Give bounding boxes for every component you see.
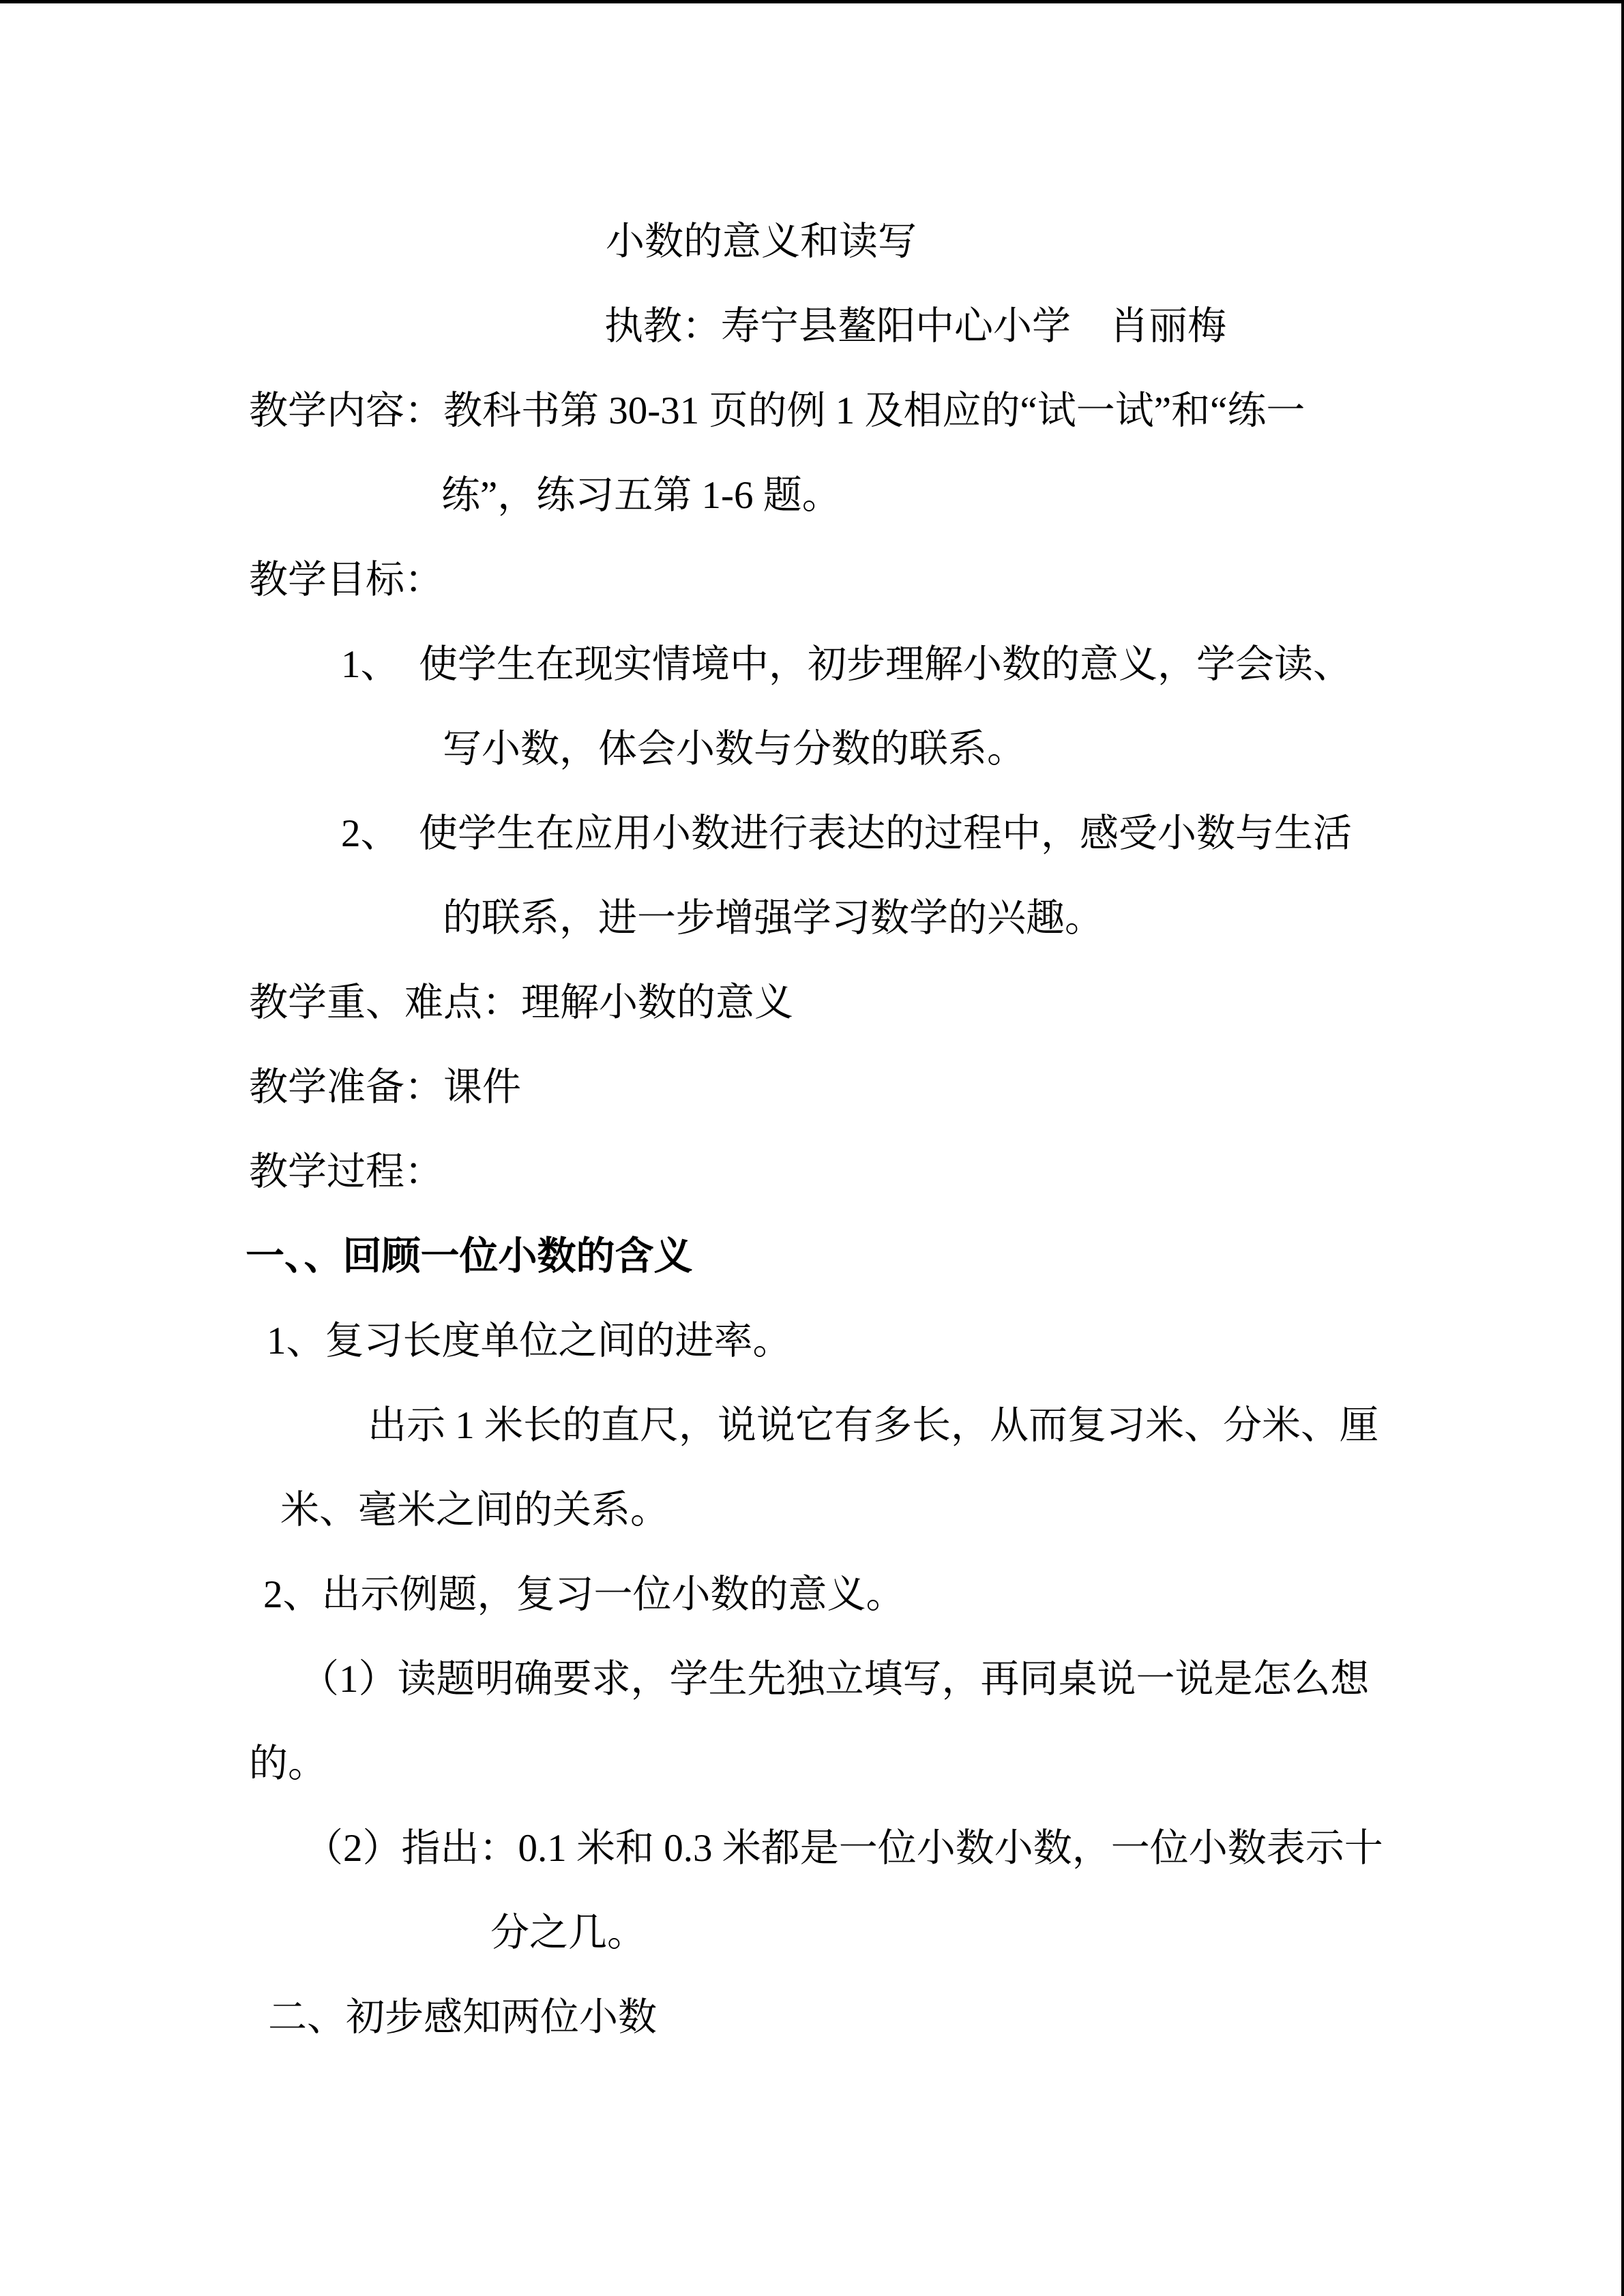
document-page: 小数的意义和读写 执教：寿宁县鳌阳中心小学 肖丽梅 教学内容：教科书第 30-3… <box>0 0 1624 2296</box>
preparation: 教学准备：课件 <box>249 1065 521 1110</box>
goal-2-line-2: 的联系，进一步增强学习数学的兴趣。 <box>443 896 1104 941</box>
section-1-heading: 一、、回顾一位小数的含义 <box>246 1234 693 1279</box>
key-difficult-points: 教学重、难点：理解小数的意义 <box>249 981 793 1026</box>
step-2-item-1-line-1: （1）读题明确要求，学生先独立填写，再同桌说一说是怎么想 <box>300 1657 1370 1702</box>
doc-byline: 执教：寿宁县鳌阳中心小学 肖丽梅 <box>604 304 1226 349</box>
teaching-content-line-1: 教学内容：教科书第 30-31 页的例 1 及相应的“试一试”和“练一 <box>249 389 1305 434</box>
step-1-detail-line-1: 出示 1 米长的直尺，说说它有多长，从而复习米、分米、厘 <box>368 1403 1378 1448</box>
goal-2-line-1: 2、 使学生在应用小数进行表达的过程中，感受小数与生活 <box>341 811 1352 856</box>
teaching-content-line-2: 练”，练习五第 1-6 题。 <box>441 473 841 518</box>
step-2-item-2-line-1: （2）指出：0.1 米和 0.3 米都是一位小数小数，一位小数表示十 <box>304 1826 1383 1871</box>
page-border-top <box>0 0 1624 3</box>
section-2-heading: 二、初步感知两位小数 <box>268 1995 657 2040</box>
step-2: 2、出示例题，复习一位小数的意义。 <box>263 1572 905 1617</box>
step-2-item-1-line-2: 的。 <box>249 1742 327 1787</box>
teaching-goals-label: 教学目标： <box>249 558 443 603</box>
page-border-right <box>1621 0 1624 2296</box>
doc-title: 小数的意义和读写 <box>606 220 917 265</box>
goal-1-line-2: 写小数，体会小数与分数的联系。 <box>443 727 1026 772</box>
step-1: 1、复习长度单位之间的进率。 <box>267 1319 792 1364</box>
process-label: 教学过程： <box>249 1150 443 1195</box>
goal-1-line-1: 1、 使学生在现实情境中，初步理解小数的意义，学会读、 <box>341 642 1352 687</box>
step-2-item-2-line-2: 分之几。 <box>490 1911 646 1956</box>
step-1-detail-line-2: 米、毫米之间的关系。 <box>280 1488 669 1533</box>
